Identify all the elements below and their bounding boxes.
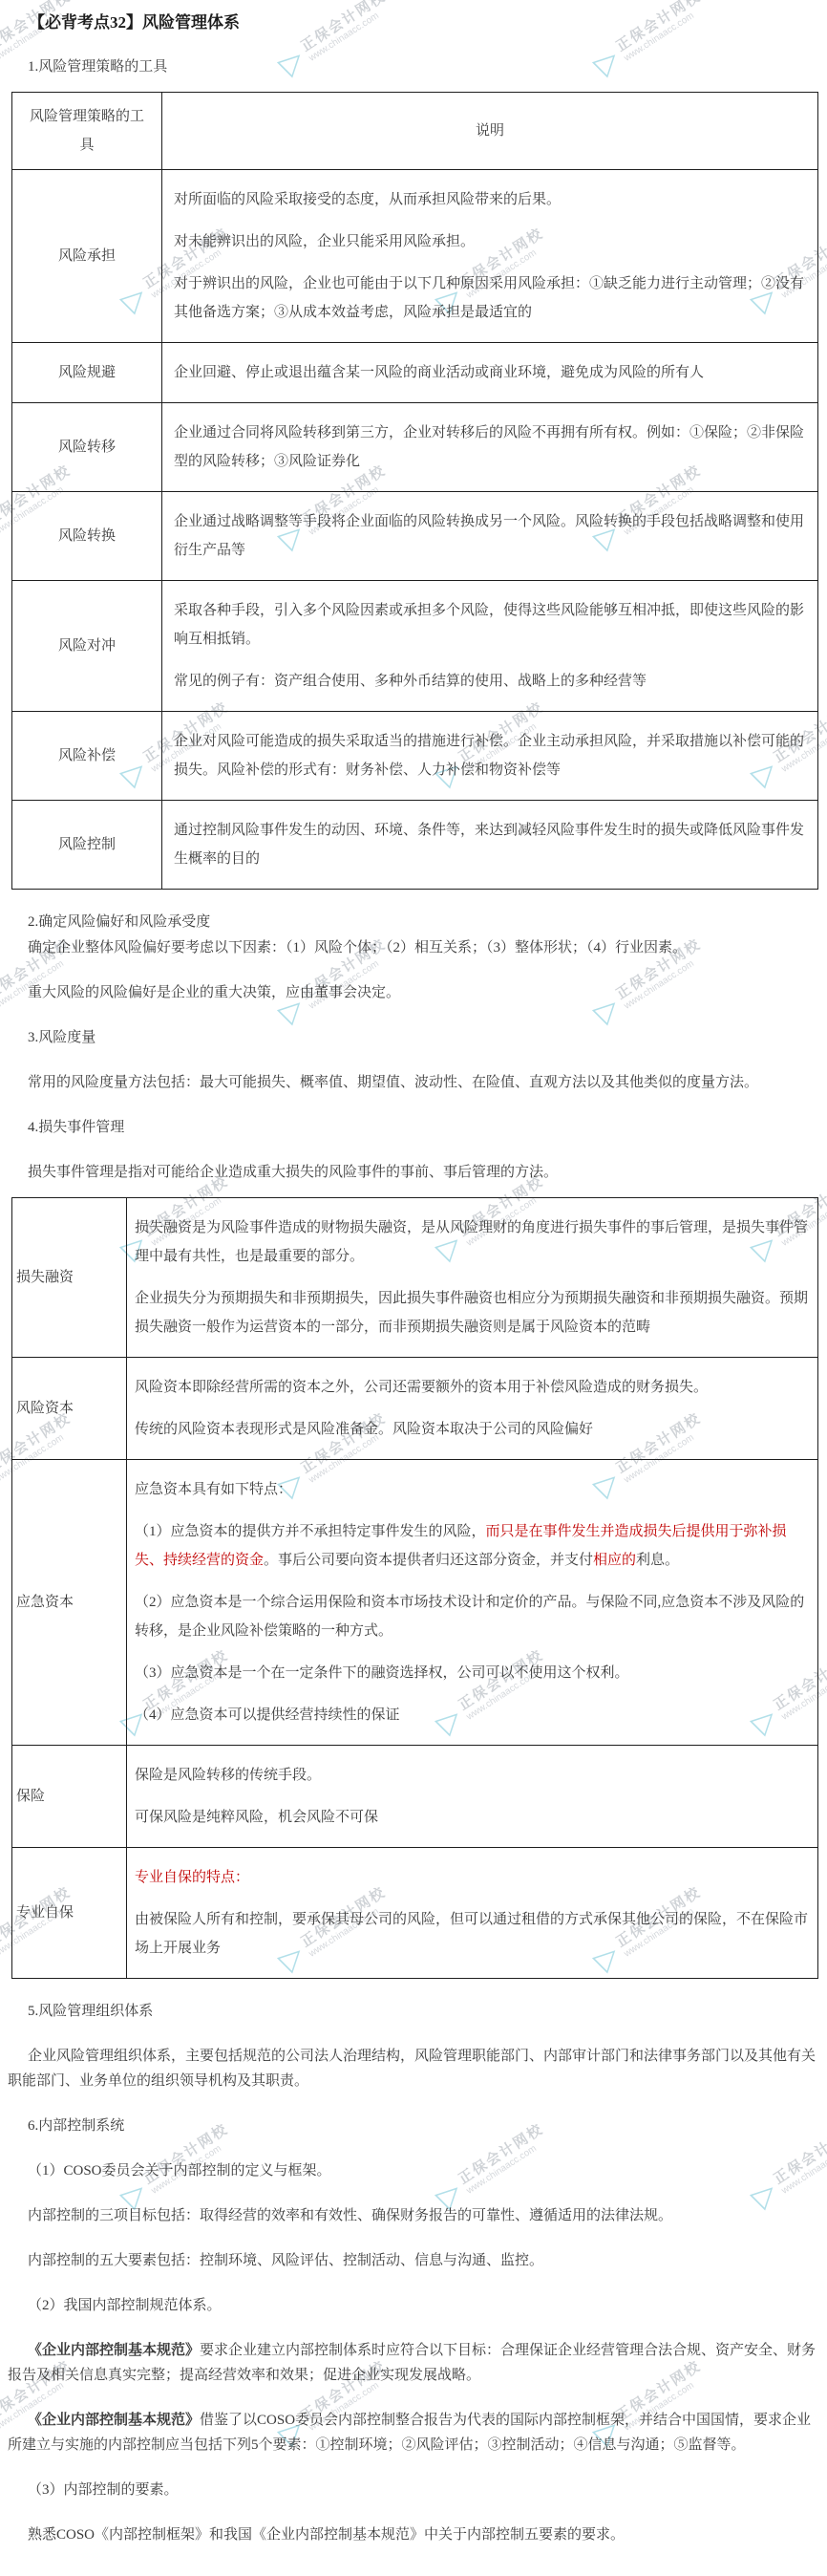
table-row: 保险保险是风险转移的传统手段。可保风险是纯粹风险，机会风险不可保: [12, 1746, 818, 1848]
mid-sections: 2.确定风险偏好和风险承受度确定企业整体风险偏好要考虑以下因素：（1）风险个体；…: [8, 910, 817, 1185]
table-row: 风险转移企业通过合同将风险转移到第三方，企业对转移后的风险不再拥有所有权。例如：…: [12, 403, 818, 492]
text-run: 利息。: [636, 1553, 679, 1568]
row-description-cell: 保险是风险转移的传统手段。可保风险是纯粹风险，机会风险不可保: [127, 1746, 818, 1848]
cell-paragraph: 通过控制风险事件发生的动因、环境、条件等，来达到减轻风险事件发生时的损失或降低风…: [174, 816, 806, 873]
cell-paragraph: 对未能辨识出的风险，企业只能采用风险承担。: [174, 227, 806, 256]
table-row: 风险控制通过控制风险事件发生的动因、环境、条件等，来达到减轻风险事件发生时的损失…: [12, 801, 818, 890]
row-description-cell: 应急资本具有如下特点：（1）应急资本的提供方并不承担特定事件发生的风险，而只是在…: [127, 1460, 818, 1746]
cell-paragraph: 保险是风险转移的传统手段。: [135, 1761, 810, 1790]
row-description-cell: 企业通过合同将风险转移到第三方，企业对转移后的风险不再拥有所有权。例如：①保险；…: [162, 403, 818, 492]
cell-paragraph: 采取各种手段，引入多个风险因素或承担多个风险，使得这些风险能够互相冲抵，即使这些…: [174, 596, 806, 654]
text-run: 对于辨识出的风险，企业也可能由于以下几种原因采用风险承担：①缺乏能力进行主动管理…: [174, 276, 804, 320]
body-paragraph: 熟悉COSO《内部控制框架》和我国《企业内部控制基本规范》中关于内部控制五要素的…: [8, 2522, 817, 2547]
body-paragraph: （2）我国内部控制规范体系。: [8, 2293, 817, 2318]
row-description-cell: 企业回避、停止或退出蕴含某一风险的商业活动或商业环境，避免成为风险的所有人: [162, 343, 818, 403]
cell-paragraph: 企业损失分为预期损失和非预期损失，因此损失事件融资也相应分为预期损失融资和非预期…: [135, 1284, 810, 1342]
text-run: 企业对风险可能造成的损失采取适当的措施进行补偿。企业主动承担风险，并采取措施以补…: [174, 734, 804, 778]
text-run: （4）应急资本可以提供经营持续性的保证: [135, 1707, 400, 1723]
text-run: 采取各种手段，引入多个风险因素或承担多个风险，使得这些风险能够互相冲抵，即使这些…: [174, 603, 804, 647]
row-description-cell: 损失融资是为风险事件造成的财物损失融资，是从风险理财的角度进行损失事件的事后管理…: [127, 1198, 818, 1358]
text-run: （2）我国内部控制规范体系。: [28, 2298, 222, 2313]
table-header-row: 风险管理策略的工具说明: [12, 93, 818, 170]
cell-paragraph: 由被保险人所有和控制，要承保其母公司的风险，但可以通过租借的方式承保其他公司的保…: [135, 1905, 810, 1963]
body-paragraph: 《企业内部控制基本规范》借鉴了以COSO委员会内部控制整合报告为代表的国际内部控…: [8, 2408, 817, 2458]
risk-strategy-tools-table: 风险管理策略的工具说明风险承担对所面临的风险采取接受的态度，从而承担风险带来的后…: [11, 92, 818, 890]
text-run: 对所面临的风险采取接受的态度，从而承担风险带来的后果。: [174, 192, 561, 207]
row-label-cell: 风险转移: [12, 403, 162, 492]
after-sections: 5.风险管理组织体系企业风险管理组织体系，主要包括规范的公司法人治理结构，风险管…: [8, 1999, 817, 2547]
text-run: 3.风险度量: [28, 1030, 95, 1045]
text-run: 企业通过战略调整等手段将企业面临的风险转换成另一个风险。风险转换的手段包括战略调…: [174, 514, 804, 558]
text-run: 企业损失分为预期损失和非预期损失，因此损失事件融资也相应分为预期损失融资和非预期…: [135, 1291, 808, 1335]
body-paragraph: （1）COSO委员会关于内部控制的定义与框架。: [8, 2158, 817, 2183]
intro-sections: 1.风险管理策略的工具: [8, 54, 817, 79]
cell-paragraph: 对于辨识出的风险，企业也可能由于以下几种原因采用风险承担：①缺乏能力进行主动管理…: [174, 269, 806, 327]
body-paragraph: 4.损失事件管理: [8, 1115, 817, 1140]
body-paragraph: 内部控制的五大要素包括：控制环境、风险评估、控制活动、信息与沟通、监控。: [8, 2248, 817, 2273]
row-description-cell: 企业通过战略调整等手段将企业面临的风险转换成另一个风险。风险转换的手段包括战略调…: [162, 492, 818, 581]
tool-column-header: 风险管理策略的工具: [12, 93, 162, 170]
table-row: 应急资本应急资本具有如下特点：（1）应急资本的提供方并不承担特定事件发生的风险，…: [12, 1460, 818, 1746]
body-paragraph: 企业风险管理组织体系，主要包括规范的公司法人治理结构，风险管理职能部门、内部审计…: [8, 2044, 817, 2093]
table-row: 风险转换企业通过战略调整等手段将企业面临的风险转换成另一个风险。风险转换的手段包…: [12, 492, 818, 581]
cell-paragraph: 应急资本具有如下特点：: [135, 1475, 810, 1504]
cell-paragraph: 可保风险是纯粹风险，机会风险不可保: [135, 1803, 810, 1832]
row-label-cell: 风险对冲: [12, 581, 162, 712]
body-paragraph: （3）内部控制的要素。: [8, 2478, 817, 2502]
row-description-cell: 对所面临的风险采取接受的态度，从而承担风险带来的后果。对未能辨识出的风险，企业只…: [162, 170, 818, 343]
text-run: 5.风险管理组织体系: [28, 2004, 153, 2019]
cell-paragraph: （1）应急资本的提供方并不承担特定事件发生的风险，而只是在事件发生并造成损失后提…: [135, 1517, 810, 1575]
cell-paragraph: 企业回避、停止或退出蕴含某一风险的商业活动或商业环境，避免成为风险的所有人: [174, 358, 806, 387]
text-run: 应急资本具有如下特点：: [135, 1482, 292, 1497]
row-label-cell: 专业自保: [12, 1848, 127, 1979]
body-paragraph: 6.内部控制系统: [8, 2114, 817, 2138]
cell-paragraph: （2）应急资本是一个综合运用保险和资本市场技术设计和定价的产品。与保险不同,应急…: [135, 1588, 810, 1645]
row-label-cell: 风险控制: [12, 801, 162, 890]
body-paragraph: 内部控制的三项目标包括：取得经营的效率和有效性、确保财务报告的可靠性、遵循适用的…: [8, 2203, 817, 2228]
text-run: 企业回避、停止或退出蕴含某一风险的商业活动或商业环境，避免成为风险的所有人: [174, 365, 704, 380]
row-label-cell: 风险承担: [12, 170, 162, 343]
cell-paragraph: 专业自保的特点：: [135, 1863, 810, 1892]
text-run: 由被保险人所有和控制，要承保其母公司的风险，但可以通过租借的方式承保其他公司的保…: [135, 1912, 808, 1956]
row-label-cell: 风险转换: [12, 492, 162, 581]
body-paragraph: 损失事件管理是指对可能给企业造成重大损失的风险事件的事前、事后管理的方法。: [8, 1160, 817, 1185]
cell-paragraph: 损失融资是为风险事件造成的财物损失融资，是从风险理财的角度进行损失事件的事后管理…: [135, 1213, 810, 1271]
table-row: 风险资本风险资本即除经营所需的资本之外，公司还需要额外的资本用于补偿风险造成的财…: [12, 1358, 818, 1460]
text-run: 确定企业整体风险偏好要考虑以下因素：（1）风险个体；（2）相互关系；（3）整体形…: [28, 940, 687, 955]
body-paragraph: 常用的风险度量方法包括：最大可能损失、概率值、期望值、波动性、在险值、直观方法以…: [8, 1070, 817, 1095]
body-paragraph: 1.风险管理策略的工具: [8, 54, 817, 79]
red-text-run: 专业自保的特点：: [135, 1870, 249, 1885]
table-row: 损失融资损失融资是为风险事件造成的财物损失融资，是从风险理财的角度进行损失事件的…: [12, 1198, 818, 1358]
cell-paragraph: 企业对风险可能造成的损失采取适当的措施进行补偿。企业主动承担风险，并采取措施以补…: [174, 727, 806, 784]
text-run: 《企业内部控制基本规范》: [28, 2343, 200, 2358]
text-run: （1）COSO委员会关于内部控制的定义与框架。: [28, 2163, 331, 2179]
text-run: （1）应急资本的提供方并不承担特定事件发生的风险，: [135, 1524, 486, 1539]
table-row: 风险对冲采取各种手段，引入多个风险因素或承担多个风险，使得这些风险能够互相冲抵，…: [12, 581, 818, 712]
cell-paragraph: 对所面临的风险采取接受的态度，从而承担风险带来的后果。: [174, 185, 806, 214]
cell-paragraph: 传统的风险资本表现形式是风险准备金。风险资本取决于公司的风险偏好: [135, 1415, 810, 1444]
cell-paragraph: 企业通过合同将风险转移到第三方，企业对转移后的风险不再拥有所有权。例如：①保险；…: [174, 419, 806, 476]
row-description-cell: 风险资本即除经营所需的资本之外，公司还需要额外的资本用于补偿风险造成的财务损失。…: [127, 1358, 818, 1460]
row-label-cell: 应急资本: [12, 1460, 127, 1746]
text-run: 损失事件管理是指对可能给企业造成重大损失的风险事件的事前、事后管理的方法。: [28, 1165, 558, 1180]
row-description-cell: 采取各种手段，引入多个风险因素或承担多个风险，使得这些风险能够互相冲抵，即使这些…: [162, 581, 818, 712]
body-paragraph: 5.风险管理组织体系: [8, 1999, 817, 2024]
text-run: 常用的风险度量方法包括：最大可能损失、概率值、期望值、波动性、在险值、直观方法以…: [28, 1075, 758, 1090]
text-run: 内部控制的五大要素包括：控制环境、风险评估、控制活动、信息与沟通、监控。: [28, 2253, 543, 2268]
row-label-cell: 损失融资: [12, 1198, 127, 1358]
text-run: 损失融资是为风险事件造成的财物损失融资，是从风险理财的角度进行损失事件的事后管理…: [135, 1220, 808, 1264]
text-run: 传统的风险资本表现形式是风险准备金。风险资本取决于公司的风险偏好: [135, 1422, 593, 1437]
loss-event-management-table: 损失融资损失融资是为风险事件造成的财物损失融资，是从风险理财的角度进行损失事件的…: [11, 1197, 818, 1979]
text-run: （2）应急资本是一个综合运用保险和资本市场技术设计和定价的产品。与保险不同,应急…: [135, 1595, 804, 1639]
row-label-cell: 保险: [12, 1746, 127, 1848]
text-run: 6.内部控制系统: [28, 2118, 124, 2134]
page-title: 【必背考点32】风险管理体系: [29, 11, 817, 34]
text-run: （3）内部控制的要素。: [28, 2482, 179, 2498]
row-label-cell: 风险补偿: [12, 712, 162, 801]
body-paragraph: 重大风险的风险偏好是企业的重大决策，应由董事会决定。: [8, 980, 817, 1005]
text-run: 风险资本即除经营所需的资本之外，公司还需要额外的资本用于补偿风险造成的财务损失。: [135, 1380, 708, 1395]
red-text-run: 相应的: [593, 1553, 636, 1568]
row-label-cell: 风险资本: [12, 1358, 127, 1460]
text-run: 企业通过合同将风险转移到第三方，企业对转移后的风险不再拥有所有权。例如：①保险；…: [174, 425, 804, 469]
text-run: 2.确定风险偏好和风险承受度: [28, 914, 210, 930]
text-run: 可保风险是纯粹风险，机会风险不可保: [135, 1810, 378, 1825]
text-run: 重大风险的风险偏好是企业的重大决策，应由董事会决定。: [28, 985, 400, 1000]
text-run: 内部控制的三项目标包括：取得经营的效率和有效性、确保财务报告的可靠性、遵循适用的…: [28, 2208, 672, 2223]
text-run: 企业风险管理组织体系，主要包括规范的公司法人治理结构，风险管理职能部门、内部审计…: [8, 2049, 816, 2089]
text-run: 1.风险管理策略的工具: [28, 59, 167, 75]
cell-paragraph: （4）应急资本可以提供经营持续性的保证: [135, 1701, 810, 1729]
row-description-cell: 通过控制风险事件发生的动因、环境、条件等，来达到减轻风险事件发生时的损失或降低风…: [162, 801, 818, 890]
cell-paragraph: 风险资本即除经营所需的资本之外，公司还需要额外的资本用于补偿风险造成的财务损失。: [135, 1373, 810, 1402]
text-run: 。事后公司要向资本提供者归还这部分资金，并支付: [264, 1553, 593, 1568]
cell-paragraph: 企业通过战略调整等手段将企业面临的风险转换成另一个风险。风险转换的手段包括战略调…: [174, 507, 806, 565]
table-row: 专业自保专业自保的特点：由被保险人所有和控制，要承保其母公司的风险，但可以通过租…: [12, 1848, 818, 1979]
text-run: 《企业内部控制基本规范》: [28, 2413, 200, 2428]
cell-paragraph: （3）应急资本是一个在一定条件下的融资选择权，公司可以不使用这个权利。: [135, 1659, 810, 1687]
table-row: 风险规避企业回避、停止或退出蕴含某一风险的商业活动或商业环境，避免成为风险的所有…: [12, 343, 818, 403]
text-run: 熟悉COSO《内部控制框架》和我国《企业内部控制基本规范》中关于内部控制五要素的…: [28, 2527, 625, 2543]
document-page: ▷正保会计网校www.chinaacc.com▷正保会计网校www.chinaa…: [0, 0, 827, 2576]
description-column-header: 说明: [162, 93, 818, 170]
text-run: 保险是风险转移的传统手段。: [135, 1768, 321, 1783]
row-description-cell: 专业自保的特点：由被保险人所有和控制，要承保其母公司的风险，但可以通过租借的方式…: [127, 1848, 818, 1979]
row-label-cell: 风险规避: [12, 343, 162, 403]
text-run: 常见的例子有：资产组合使用、多种外币结算的使用、战略上的多种经营等: [174, 674, 647, 689]
text-run: （3）应急资本是一个在一定条件下的融资选择权，公司可以不使用这个权利。: [135, 1665, 629, 1681]
text-run: 对未能辨识出的风险，企业只能采用风险承担。: [174, 234, 475, 249]
text-run: 4.损失事件管理: [28, 1120, 124, 1135]
body-paragraph: 3.风险度量: [8, 1025, 817, 1050]
text-run: 通过控制风险事件发生的动因、环境、条件等，来达到减轻风险事件发生时的损失或降低风…: [174, 823, 804, 867]
row-description-cell: 企业对风险可能造成的损失采取适当的措施进行补偿。企业主动承担风险，并采取措施以补…: [162, 712, 818, 801]
table-row: 风险补偿企业对风险可能造成的损失采取适当的措施进行补偿。企业主动承担风险，并采取…: [12, 712, 818, 801]
body-paragraph: 《企业内部控制基本规范》要求企业建立内部控制体系时应符合以下目标：合理保证企业经…: [8, 2338, 817, 2388]
cell-paragraph: 常见的例子有：资产组合使用、多种外币结算的使用、战略上的多种经营等: [174, 667, 806, 696]
body-paragraph: 2.确定风险偏好和风险承受度: [8, 910, 817, 934]
table-row: 风险承担对所面临的风险采取接受的态度，从而承担风险带来的后果。对未能辨识出的风险…: [12, 170, 818, 343]
body-paragraph: 确定企业整体风险偏好要考虑以下因素：（1）风险个体；（2）相互关系；（3）整体形…: [8, 935, 817, 960]
